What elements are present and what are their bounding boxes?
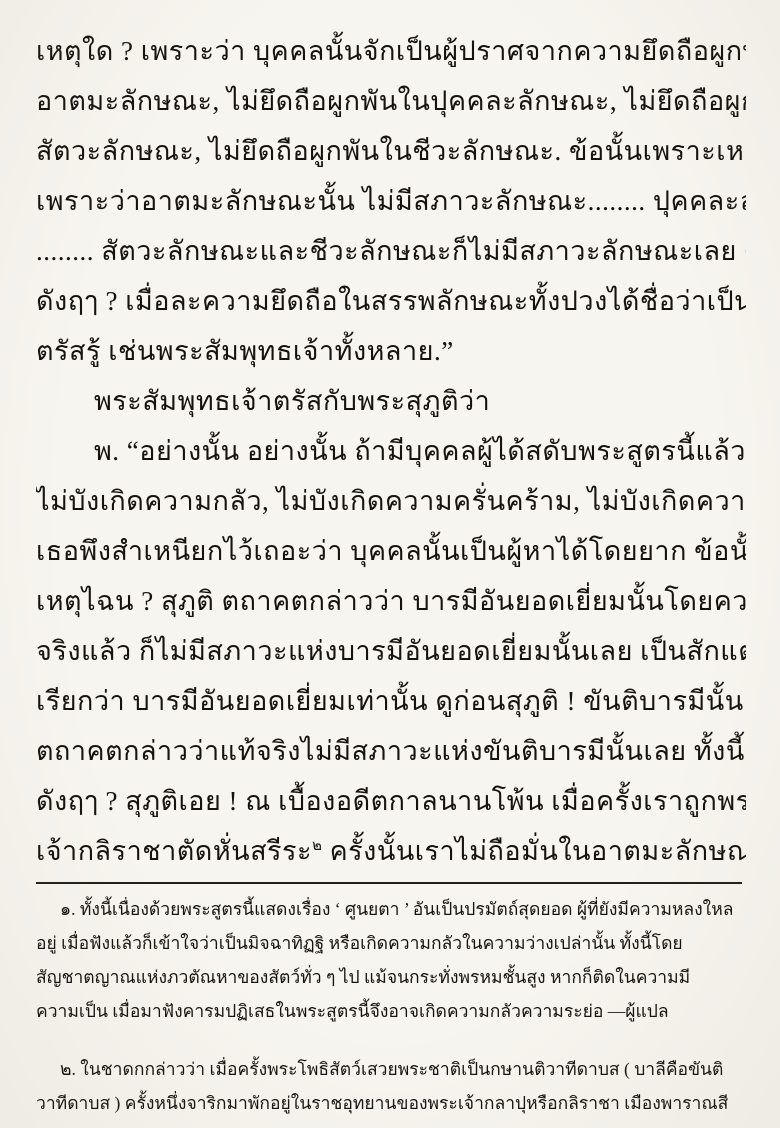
footnote-text: สัญชาตญาณแห่งภวตัณหาของสัตว์ทั่ว ๆ ไป แม…	[36, 967, 690, 987]
line-text: สัตวะลักษณะ, ไม่ยึดถือผูกพันในชีวะลักษณะ…	[36, 136, 746, 166]
line-text: เจ้ากลิราชาตัดหั่นสรีระ	[36, 836, 312, 866]
footnotes-block: ๑. ทั้งนี้เนื่องด้วยพระสูตรนี้แสดงเรื่อง…	[36, 892, 746, 1120]
text-line: ตถาคตกล่าวว่าแท้จริงไม่มีสภาวะแห่งขันติบ…	[36, 726, 746, 776]
footnote-line: อยู่ เมื่อฟังแล้วก็เข้าใจว่าเป็นมิจฉาทิฏ…	[36, 926, 746, 960]
text-line: เรียกว่า บารมีอันยอดเยี่ยมเท่านั้น ดูก่อ…	[36, 676, 746, 726]
line-text: ดังฤๅ ? เมื่อละความยึดถือในสรรพลักษณะทั้…	[36, 286, 746, 316]
line-text: พระสัมพุทธเจ้าตรัสกับพระสุภูติว่า	[94, 386, 490, 416]
text-line: ดังฤๅ ? สุภูติเอย ! ณ เบื้องอดีตกาลนานโพ…	[36, 776, 746, 826]
text-line: ตรัสรู้ เช่นพระสัมพุทธเจ้าทั้งหลาย.”	[36, 326, 746, 376]
line-text: ตถาคตกล่าวว่าแท้จริงไม่มีสภาวะแห่งขันติบ…	[36, 736, 746, 766]
text-line: จริงแล้ว ก็ไม่มีสภาวะแห่งบารมีอันยอดเยี่…	[36, 626, 746, 676]
footnote-line: ๑. ทั้งนี้เนื่องด้วยพระสูตรนี้แสดงเรื่อง…	[36, 892, 746, 926]
footnote-marker-2: ๒	[312, 838, 322, 854]
line-text: เธอพึงสำเหนียกไว้เถอะว่า บุคคลนั้นเป็นผู…	[36, 536, 746, 566]
footnote-divider	[36, 882, 742, 884]
text-line: เหตุไฉน ? สุภูติ ตถาคตกล่าวว่า บารมีอันย…	[36, 576, 746, 626]
line-text: ครั้งนั้นเราไม่ถือมั่นในอาตมะลักษณะ, ไม่…	[322, 836, 746, 866]
line-text: ดังฤๅ ? สุภูติเอย ! ณ เบื้องอดีตกาลนานโพ…	[36, 786, 746, 816]
footnote-2: ๒. ในชาดกกล่าวว่า เมื่อครั้งพระโพธิสัตว์…	[36, 1052, 746, 1120]
text-line: ........ สัตวะลักษณะและชีวะลักษณะก็ไม่มี…	[36, 226, 746, 276]
text-line: เจ้ากลิราชาตัดหั่นสรีระ๒ ครั้งนั้นเราไม่…	[36, 826, 746, 876]
line-text: เหตุไฉน ? สุภูติ ตถาคตกล่าวว่า บารมีอันย…	[36, 586, 746, 616]
scanned-page: เหตุใด ? เพราะว่า บุคคลนั้นจักเป็นผู้ปรา…	[0, 0, 780, 1128]
footnote-1: ๑. ทั้งนี้เนื่องด้วยพระสูตรนี้แสดงเรื่อง…	[36, 892, 746, 1028]
text-line: สัตวะลักษณะ, ไม่ยึดถือผูกพันในชีวะลักษณะ…	[36, 126, 746, 176]
footnote-text: ความเป็น เมื่อมาฟังคารมปฏิเสธในพระสูตรนี…	[36, 1001, 669, 1021]
text-line: เหตุใด ? เพราะว่า บุคคลนั้นจักเป็นผู้ปรา…	[36, 26, 746, 76]
main-text-block: เหตุใด ? เพราะว่า บุคคลนั้นจักเป็นผู้ปรา…	[36, 26, 746, 876]
line-text: อาตมะลักษณะ, ไม่ยึดถือผูกพันในปุคคละลักษ…	[36, 86, 746, 116]
text-line: เธอพึงสำเหนียกไว้เถอะว่า บุคคลนั้นเป็นผู…	[36, 526, 746, 576]
footnote-text: วาทีดาบส ) ครั้งหนึ่งจาริกมาพักอยู่ในราช…	[36, 1093, 728, 1113]
text-line: อาตมะลักษณะ, ไม่ยึดถือผูกพันในปุคคละลักษ…	[36, 76, 746, 126]
line-text: ไม่บังเกิดความกลัว, ไม่บังเกิดความครั่นค…	[36, 486, 746, 516]
text-line: เพราะว่าอาตมะลักษณะนั้น ไม่มีสภาวะลักษณะ…	[36, 176, 746, 226]
line-text: จริงแล้ว ก็ไม่มีสภาวะแห่งบารมีอันยอดเยี่…	[36, 636, 746, 666]
footnote-text: ๒. ในชาดกกล่าวว่า เมื่อครั้งพระโพธิสัตว์…	[60, 1059, 723, 1079]
line-text: พ. “อย่างนั้น อย่างนั้น ถ้ามีบุคคลผู้ได้…	[94, 436, 746, 466]
footnote-line: วาทีดาบส ) ครั้งหนึ่งจาริกมาพักอยู่ในราช…	[36, 1086, 746, 1120]
text-line: ดังฤๅ ? เมื่อละความยึดถือในสรรพลักษณะทั้…	[36, 276, 746, 326]
footnote-line: ความเป็น เมื่อมาฟังคารมปฏิเสธในพระสูตรนี…	[36, 994, 746, 1028]
footnote-text: ๑. ทั้งนี้เนื่องด้วยพระสูตรนี้แสดงเรื่อง…	[60, 899, 733, 919]
line-text: เรียกว่า บารมีอันยอดเยี่ยมเท่านั้น ดูก่อ…	[36, 686, 744, 716]
text-line: พ. “อย่างนั้น อย่างนั้น ถ้ามีบุคคลผู้ได้…	[36, 426, 746, 476]
line-text: เหตุใด ? เพราะว่า บุคคลนั้นจักเป็นผู้ปรา…	[36, 36, 746, 66]
text-line: พระสัมพุทธเจ้าตรัสกับพระสุภูติว่า	[36, 376, 746, 426]
text-line: ไม่บังเกิดความกลัว, ไม่บังเกิดความครั่นค…	[36, 476, 746, 526]
footnote-text: อยู่ เมื่อฟังแล้วก็เข้าใจว่าเป็นมิจฉาทิฏ…	[36, 933, 683, 953]
line-text: ตรัสรู้ เช่นพระสัมพุทธเจ้าทั้งหลาย.”	[36, 336, 454, 366]
footnote-line: ๒. ในชาดกกล่าวว่า เมื่อครั้งพระโพธิสัตว์…	[36, 1052, 746, 1086]
footnote-line: สัญชาตญาณแห่งภวตัณหาของสัตว์ทั่ว ๆ ไป แม…	[36, 960, 746, 994]
line-text: ........ สัตวะลักษณะและชีวะลักษณะก็ไม่มี…	[36, 236, 746, 266]
line-text: เพราะว่าอาตมะลักษณะนั้น ไม่มีสภาวะลักษณะ…	[36, 186, 746, 216]
